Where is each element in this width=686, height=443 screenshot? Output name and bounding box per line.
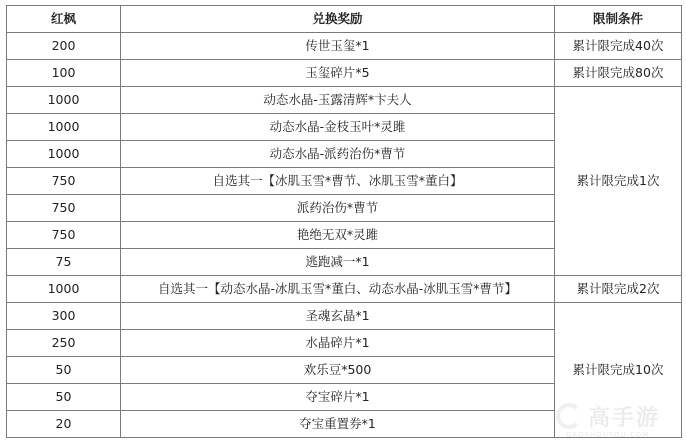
exchange-rewards-table: 红枫 兑换奖励 限制条件 200 传世玉玺*1 累计限完成40次 100 玉玺碎… [6, 5, 682, 438]
cost-cell: 750 [7, 222, 121, 249]
table-row: 200 传世玉玺*1 累计限完成40次 [7, 33, 682, 60]
table-row: 1000 动态水晶-玉露清辉*卞夫人 累计限完成1次 [7, 87, 682, 114]
cost-cell: 75 [7, 249, 121, 276]
cost-cell: 750 [7, 195, 121, 222]
cost-cell: 750 [7, 168, 121, 195]
reward-cell: 夺宝碎片*1 [121, 384, 555, 411]
limit-cell: 累计限完成10次 [555, 303, 682, 438]
cost-cell: 100 [7, 60, 121, 87]
cost-cell: 1000 [7, 87, 121, 114]
reward-cell: 欢乐豆*500 [121, 357, 555, 384]
reward-cell: 圣魂玄晶*1 [121, 303, 555, 330]
cost-cell: 1000 [7, 114, 121, 141]
cost-cell: 200 [7, 33, 121, 60]
reward-cell: 动态水晶-金枝玉叶*灵雎 [121, 114, 555, 141]
cost-cell: 1000 [7, 141, 121, 168]
reward-cell: 艳绝无双*灵雎 [121, 222, 555, 249]
reward-cell: 玉玺碎片*5 [121, 60, 555, 87]
reward-cell: 动态水晶-派药治伤*曹节 [121, 141, 555, 168]
cost-cell: 1000 [7, 276, 121, 303]
table-row: 300 圣魂玄晶*1 累计限完成10次 [7, 303, 682, 330]
cost-cell: 300 [7, 303, 121, 330]
limit-cell: 累计限完成40次 [555, 33, 682, 60]
limit-cell: 累计限完成80次 [555, 60, 682, 87]
reward-cell: 逃跑减一*1 [121, 249, 555, 276]
limit-cell: 累计限完成2次 [555, 276, 682, 303]
cost-cell: 50 [7, 357, 121, 384]
reward-cell: 水晶碎片*1 [121, 330, 555, 357]
table-row: 1000 自选其一【动态水晶-冰肌玉雪*董白、动态水晶-冰肌玉雪*曹节】 累计限… [7, 276, 682, 303]
reward-cell: 动态水晶-玉露清辉*卞夫人 [121, 87, 555, 114]
cost-cell: 250 [7, 330, 121, 357]
table-header-row: 红枫 兑换奖励 限制条件 [7, 6, 682, 33]
reward-cell: 派药治伤*曹节 [121, 195, 555, 222]
table-row: 100 玉玺碎片*5 累计限完成80次 [7, 60, 682, 87]
limit-cell: 累计限完成1次 [555, 87, 682, 276]
reward-cell: 夺宝重置券*1 [121, 411, 555, 438]
reward-cell: 自选其一【动态水晶-冰肌玉雪*董白、动态水晶-冰肌玉雪*曹节】 [121, 276, 555, 303]
header-reward: 兑换奖励 [121, 6, 555, 33]
header-currency: 红枫 [7, 6, 121, 33]
reward-cell: 自选其一【冰肌玉雪*曹节、冰肌玉雪*董白】 [121, 168, 555, 195]
cost-cell: 50 [7, 384, 121, 411]
header-limit: 限制条件 [555, 6, 682, 33]
reward-cell: 传世玉玺*1 [121, 33, 555, 60]
cost-cell: 20 [7, 411, 121, 438]
